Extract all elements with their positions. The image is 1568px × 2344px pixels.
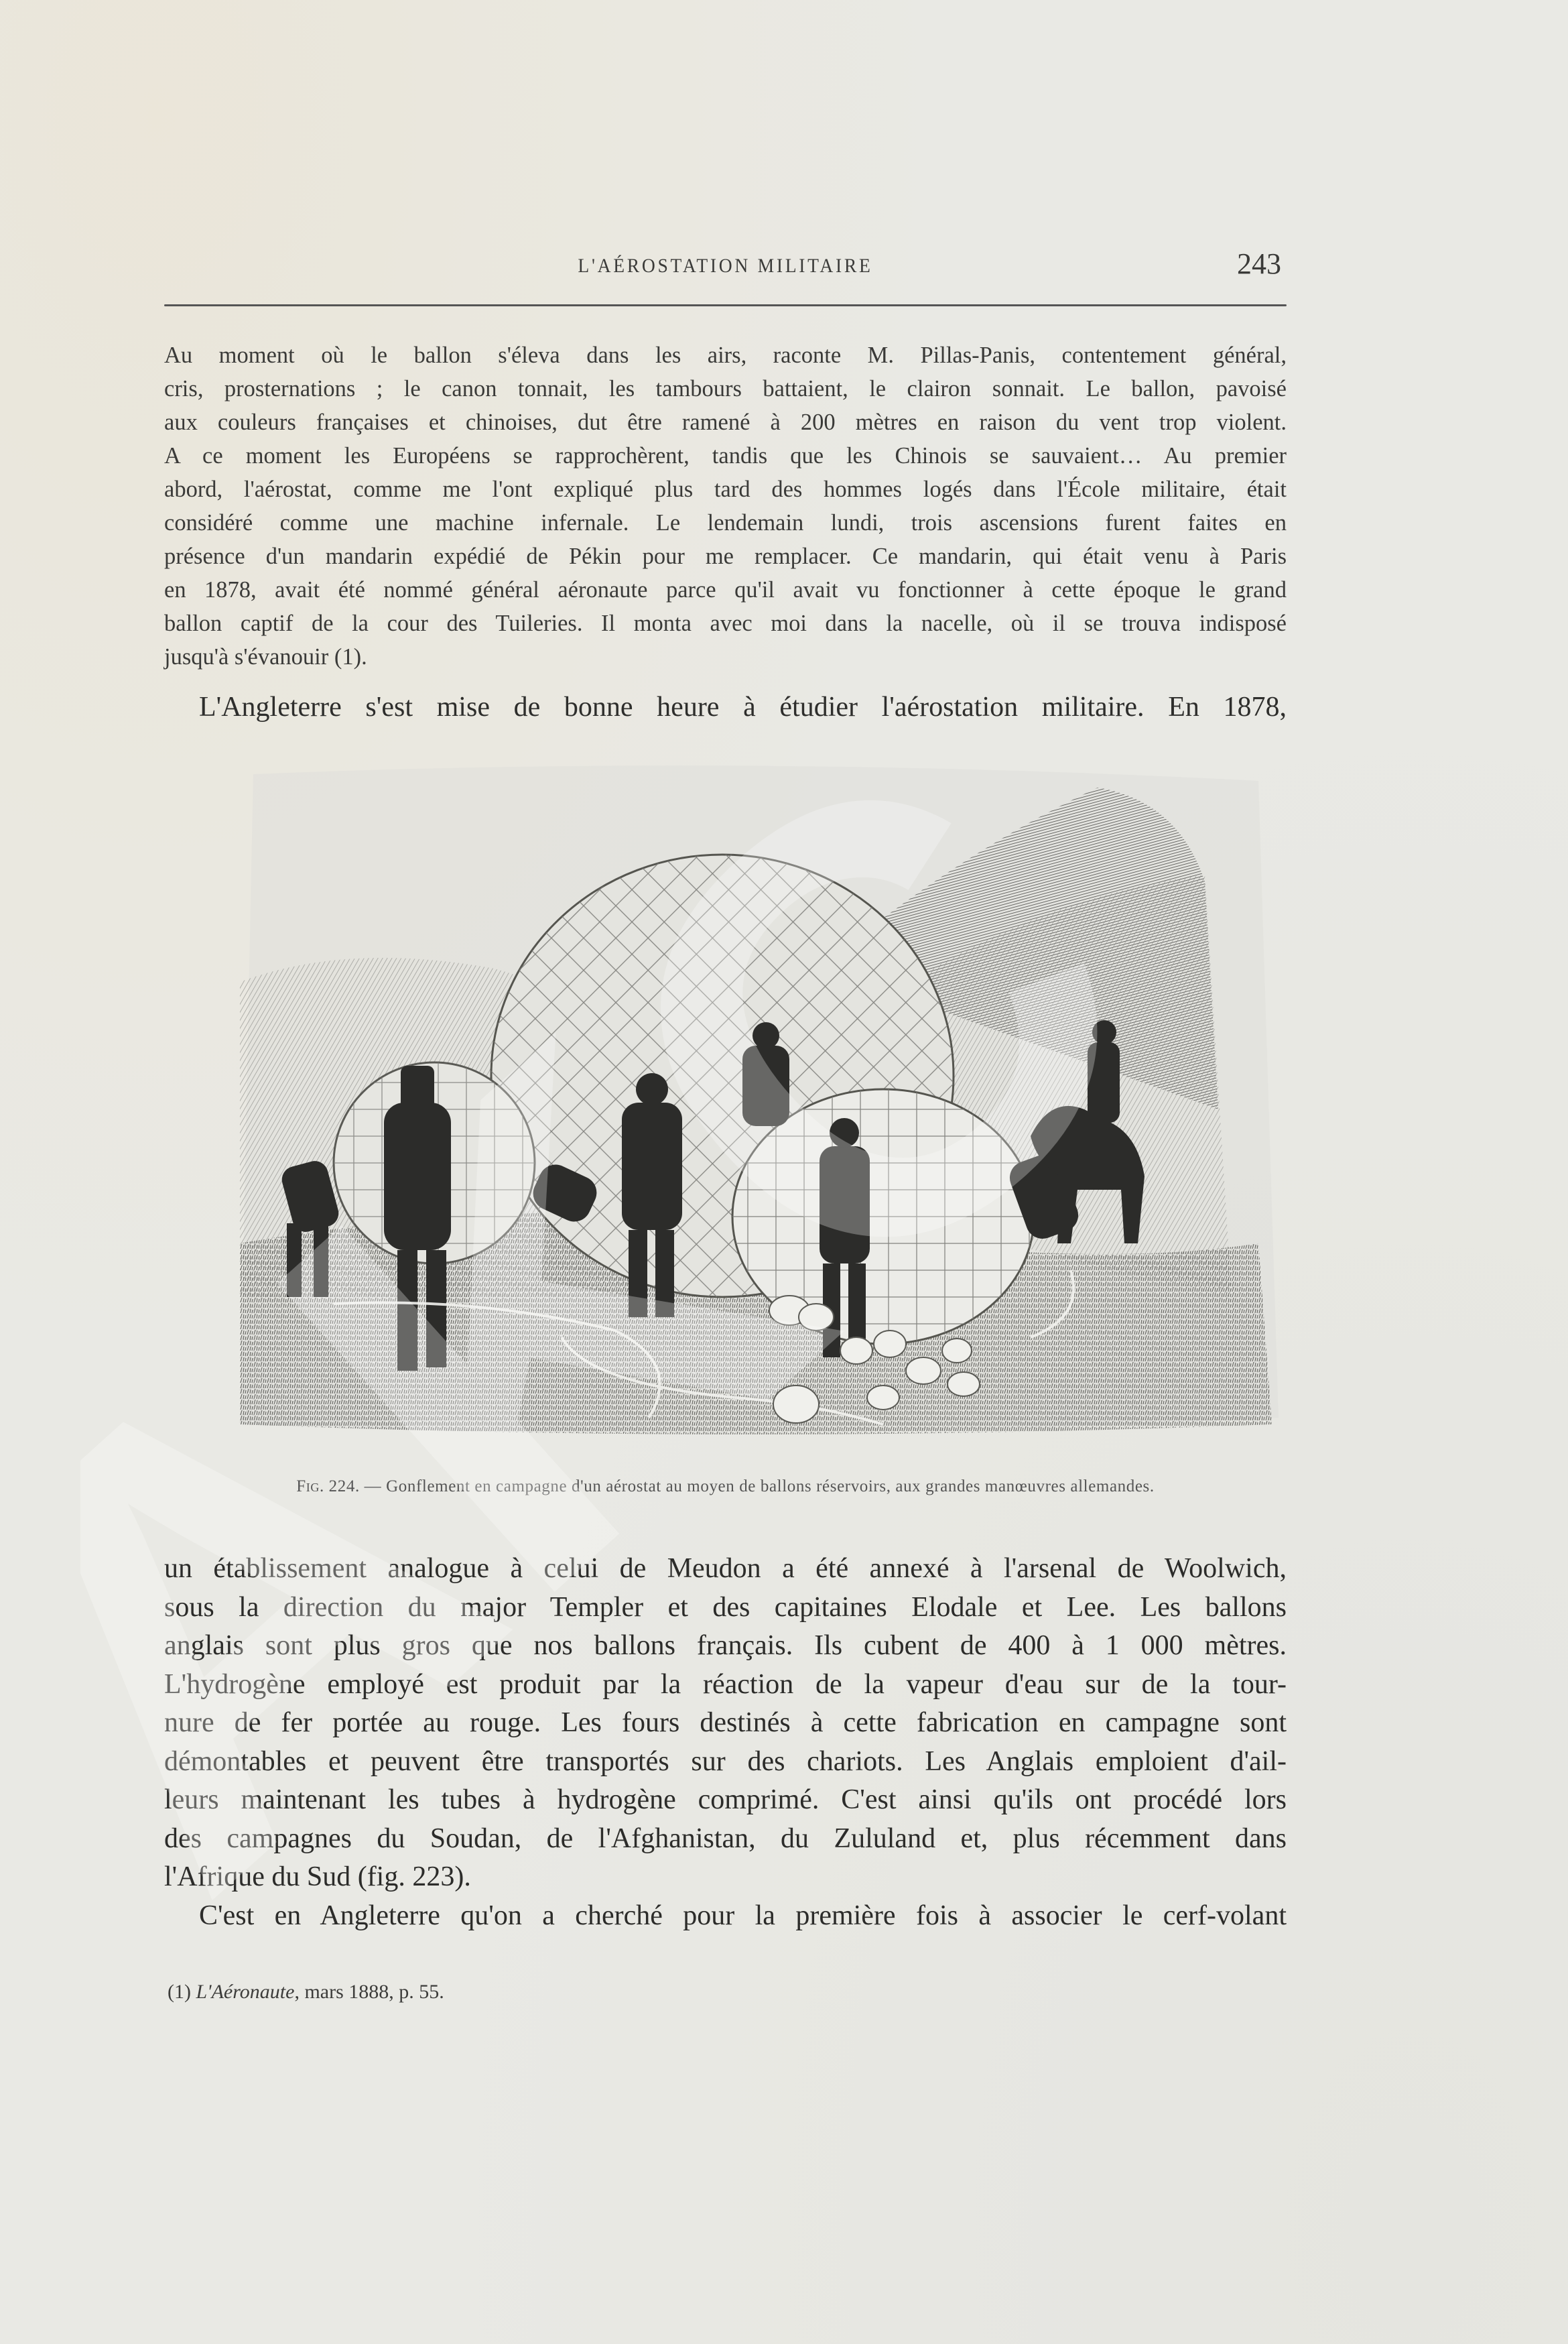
footnote: (1) L'Aéronaute, mars 1888, p. 55.: [168, 1979, 1290, 2006]
footnote-marker: (1): [168, 1981, 196, 2003]
body-text: un établissement analogue à celui de Meu…: [164, 1550, 1287, 1935]
lead-paragraph: L'Angleterre s'est mise de bonne heure à…: [164, 688, 1287, 727]
caption-text: Gonflement en campagne d'un aérostat au …: [386, 1477, 1155, 1495]
body-line: sous la direction du major Templer et de…: [164, 1589, 1287, 1627]
footnote-citation: , mars 1888, p. 55.: [294, 1981, 444, 2003]
body-line: L'hydrogène employé est produit par la r…: [164, 1666, 1287, 1705]
caption-dash: —: [360, 1477, 386, 1495]
body-line: un établissement analogue à celui de Meu…: [164, 1550, 1287, 1589]
figure-label: Fig. 224.: [296, 1477, 360, 1495]
body-line: C'est en Angleterre qu'on a cherché pour…: [164, 1897, 1287, 1936]
page-header: L'AÉROSTATION MILITAIRE 243: [164, 247, 1287, 287]
quote-line: aux couleurs françaises et chinoises, du…: [164, 406, 1287, 439]
quote-line: A ce moment les Européens se rapprochère…: [164, 439, 1287, 473]
running-title: L'AÉROSTATION MILITAIRE: [209, 255, 1242, 277]
quote-line: Au moment où le ballon s'éleva dans les …: [164, 338, 1287, 372]
quote-line: jusqu'à s'évanouir (1).: [164, 640, 1287, 674]
quote-line: considéré comme une machine infernale. L…: [164, 506, 1287, 540]
figure-caption: Fig. 224. — Gonflement en campagne d'un …: [164, 1475, 1287, 1499]
balloon-engraving-image: [213, 761, 1289, 1448]
body-line: des campagnes du Soudan, de l'Afghanista…: [164, 1820, 1287, 1859]
quote-line: présence d'un mandarin expédié de Pékin …: [164, 540, 1287, 573]
figure-illustration: [213, 761, 1289, 1448]
body-line: nure de fer portée au rouge. Les fours d…: [164, 1704, 1287, 1743]
body-line: leurs maintenant les tubes à hydrogène c…: [164, 1781, 1287, 1820]
header-rule: [164, 304, 1287, 306]
quote-line: ballon captif de la cour des Tuileries. …: [164, 607, 1287, 640]
lead-paragraph-line: L'Angleterre s'est mise de bonne heure à…: [164, 688, 1287, 727]
body-line: l'Afrique du Sud (fig. 223).: [164, 1858, 1287, 1897]
quote-line: en 1878, avait été nommé général aéronau…: [164, 573, 1287, 607]
quoted-passage: Au moment où le ballon s'éleva dans les …: [164, 338, 1287, 674]
quote-line: cris, prosternations ; le canon tonnait,…: [164, 372, 1287, 406]
quote-line: abord, l'aérostat, comme me l'ont expliq…: [164, 473, 1287, 506]
page-number: 243: [1237, 247, 1281, 281]
footnote-source: L'Aéronaute: [196, 1981, 294, 2003]
body-line: démontables et peuvent être transportés …: [164, 1743, 1287, 1782]
body-line: anglais sont plus gros que nos ballons f…: [164, 1627, 1287, 1666]
